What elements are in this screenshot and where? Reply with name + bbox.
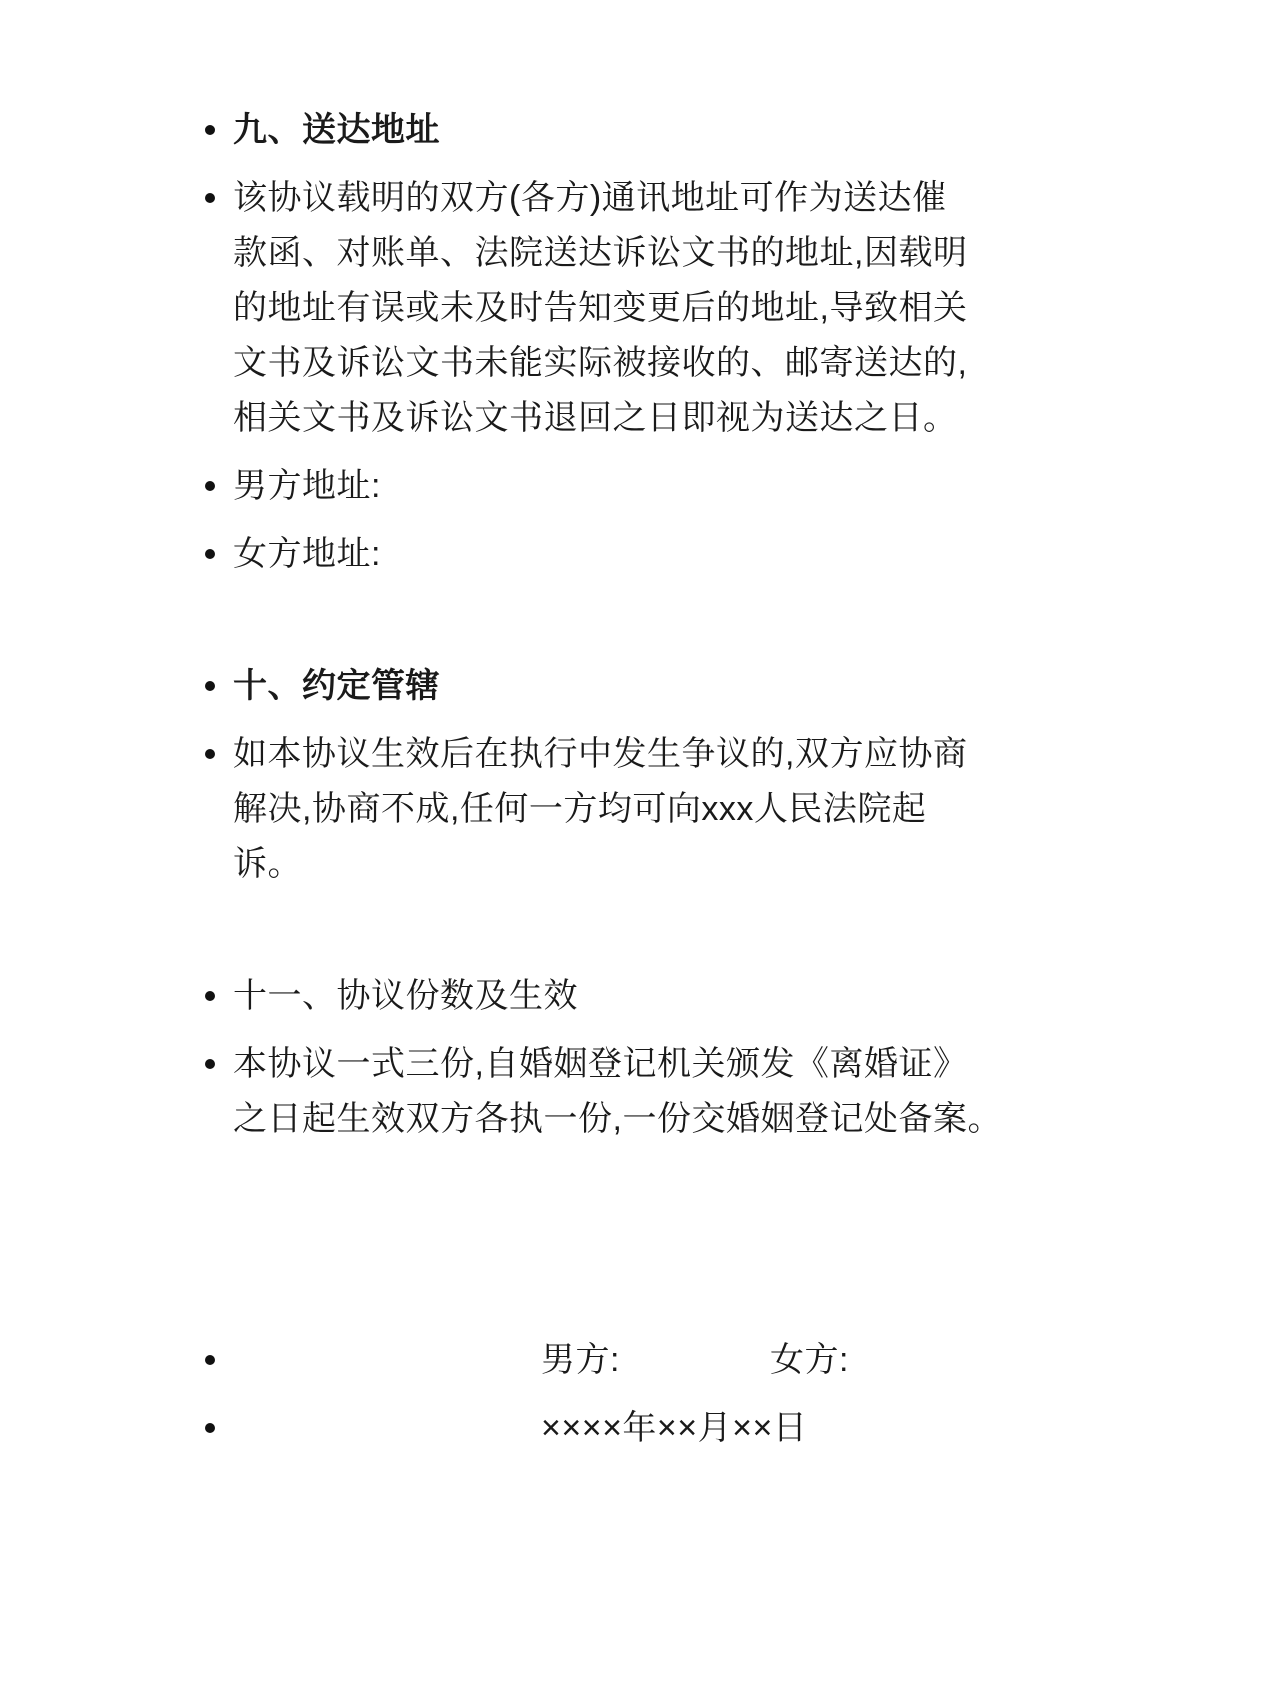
section-heading-text: 十、约定管辖 [233, 659, 440, 714]
bullet-icon [205, 991, 215, 1001]
signature-female-label: 女方: [770, 1333, 849, 1388]
paragraph-jurisdiction: 如本协议生效后在执行中发生争议的,双方应协商 解决,协商不成,任何一方均可向xx… [205, 727, 1200, 892]
date-line: ××××年××月××日 [205, 1401, 1200, 1456]
bullet-icon [205, 1059, 215, 1069]
female-address-label: 女方地址: [233, 527, 381, 582]
male-address-label: 男方地址: [233, 459, 381, 514]
section-heading-text: 九、送达地址 [233, 103, 440, 158]
signature-labels: 男方: 女方: [233, 1333, 849, 1388]
male-address-line: 男方地址: [205, 459, 1200, 514]
document-page: 九、送达地址 该协议载明的双方(各方)通讯地址可作为送达催 款函、对账单、法院送… [0, 0, 1280, 1706]
paragraph-text: 该协议载明的双方(各方)通讯地址可作为送达催 款函、对账单、法院送达诉讼文书的地… [233, 171, 967, 446]
bullet-icon [205, 749, 215, 759]
bullet-list: 九、送达地址 该协议载明的双方(各方)通讯地址可作为送达催 款函、对账单、法院送… [205, 103, 1200, 1456]
bullet-icon [205, 1355, 215, 1365]
female-address-line: 女方地址: [205, 527, 1200, 582]
section-heading-text: 十一、协议份数及生效 [233, 969, 578, 1024]
bullet-icon [205, 681, 215, 691]
bullet-icon [205, 125, 215, 135]
section-heading-11: 十一、协议份数及生效 [205, 969, 1200, 1024]
paragraph-text: 本协议一式三份,自婚姻登记机关颁发《离婚证》 之日起生效双方各执一份,一份交婚姻… [233, 1037, 1002, 1147]
bullet-icon [205, 481, 215, 491]
paragraph-text: 如本协议生效后在执行中发生争议的,双方应协商 解决,协商不成,任何一方均可向xx… [233, 727, 967, 892]
bullet-icon [205, 549, 215, 559]
section-heading-10: 十、约定管辖 [205, 659, 1200, 714]
date-text: ××××年××月××日 [233, 1401, 807, 1456]
signature-male-label: 男方: [541, 1333, 620, 1388]
paragraph-copies-effect: 本协议一式三份,自婚姻登记机关颁发《离婚证》 之日起生效双方各执一份,一份交婚姻… [205, 1037, 1200, 1147]
paragraph-service-address: 该协议载明的双方(各方)通讯地址可作为送达催 款函、对账单、法院送达诉讼文书的地… [205, 171, 1200, 446]
bullet-icon [205, 193, 215, 203]
signature-line: 男方: 女方: [205, 1333, 1200, 1388]
section-heading-9: 九、送达地址 [205, 103, 1200, 158]
bullet-icon [205, 1423, 215, 1433]
